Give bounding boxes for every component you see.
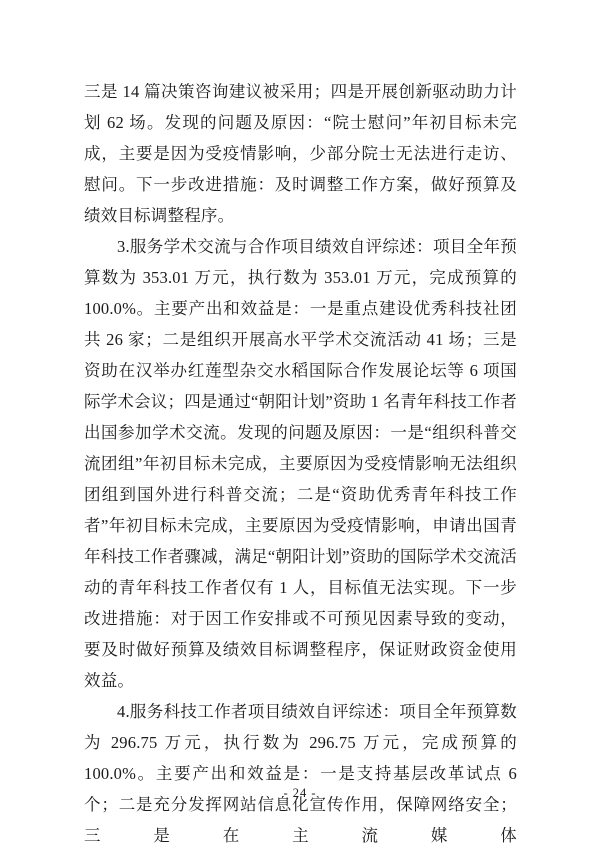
paragraph-project4-summary: 4.服务科技工作者项目绩效自评综述：项目全年预算数为 296.75 万元，执行数…	[84, 696, 517, 848]
paragraph-project3-summary: 3.服务学术交流与合作项目绩效自评综述：项目全年预算数为 353.01 万元，执…	[84, 231, 517, 696]
document-page: 三是 14 篇决策咨询建议被采用；四是开展创新驱动助力计划 62 场。发现的问题…	[0, 0, 600, 848]
page-number: - 24 -	[0, 786, 600, 801]
paragraph-continuation-item2: 三是 14 篇决策咨询建议被采用；四是开展创新驱动助力计划 62 场。发现的问题…	[84, 76, 517, 231]
document-body-text: 三是 14 篇决策咨询建议被采用；四是开展创新驱动助力计划 62 场。发现的问题…	[84, 76, 517, 848]
